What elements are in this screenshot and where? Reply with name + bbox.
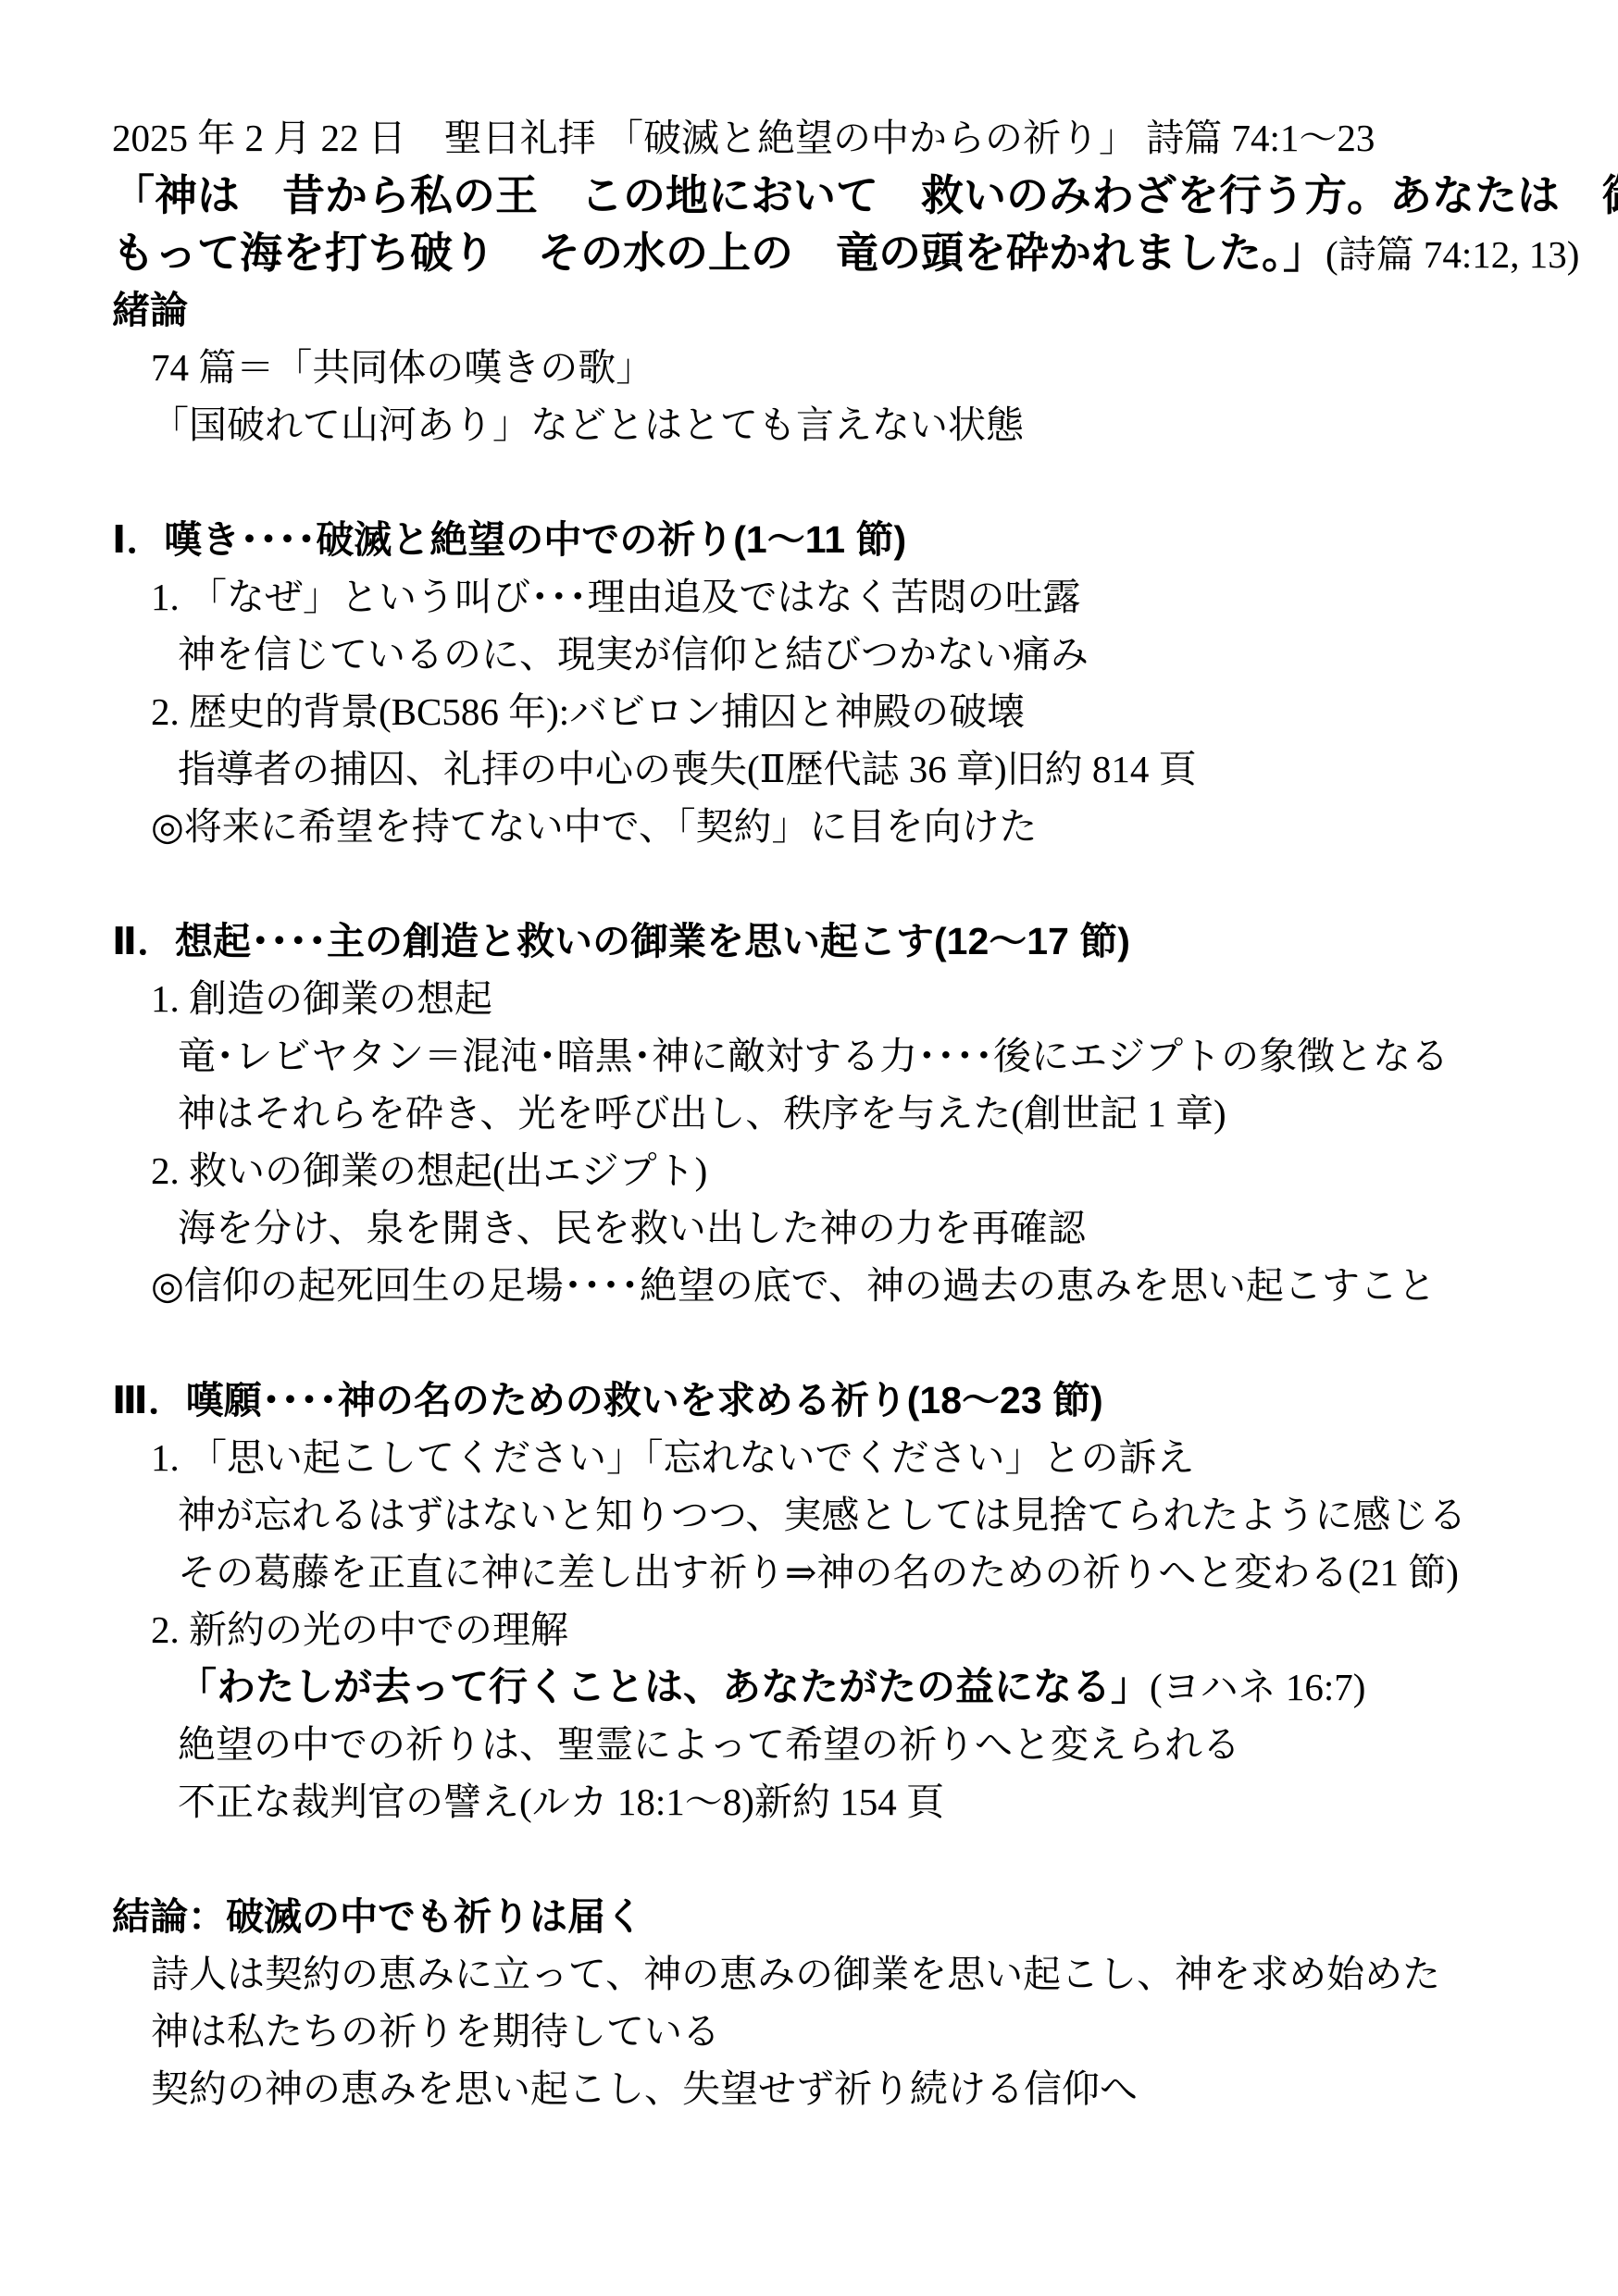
document-line: 絶望の中での祈りは、聖霊によって希望の祈りへと変えられる <box>0 1716 1618 1773</box>
text-segment: ◎信仰の起死回生の足場････絶望の底で、神の過去の恵みを思い起こすこと <box>151 1264 1436 1307</box>
document-line: 詩人は契約の恵みに立って、神の恵みの御業を思い起こし、神を求め始めた <box>0 1945 1618 2003</box>
document-line: 2. 新約の光の中での理解 <box>0 1601 1618 1658</box>
blank-line <box>0 1831 1618 1888</box>
document-body: 2025 年 2 月 22 日 聖日礼拝 「破滅と絶望の中からの祈り」 詩篇 7… <box>0 109 1618 2117</box>
document-line: 「わたしが去って行くことは、あなたがたの益になる」(ヨハネ 16:7) <box>0 1658 1618 1716</box>
text-segment: 緒論 <box>112 289 188 331</box>
text-segment: 「わたしが去って行くことは、あなたがたの益になる」 <box>178 1665 1150 1708</box>
text-segment: 1. 「思い起こしてください」「忘れないでください」との訴え <box>151 1436 1195 1479</box>
document-line: Ⅰ．嘆き････破滅と絶望の中での祈り(1～11 節) <box>0 511 1618 568</box>
blank-line <box>0 855 1618 912</box>
text-segment: Ⅰ．嘆き････破滅と絶望の中での祈り(1～11 節) <box>112 518 906 561</box>
text-segment: 指導者の捕囚、礼拝の中心の喪失(Ⅱ歴代誌 36 章)旧約 814 頁 <box>178 748 1197 790</box>
text-segment: 74 篇＝「共同体の嘆きの歌」 <box>151 346 653 389</box>
document-line: 不正な裁判官の譬え(ルカ 18:1～8)新約 154 頁 <box>0 1773 1618 1831</box>
text-segment: 神を信じているのに、現実が信仰と結びつかない痛み <box>178 633 1089 676</box>
document-line: 74 篇＝「共同体の嘆きの歌」 <box>0 339 1618 396</box>
document-line: ◎将来に希望を持てない中で、「契約」に目を向けた <box>0 798 1618 855</box>
document-line: 結論：破滅の中でも祈りは届く <box>0 1888 1618 1945</box>
text-segment: その葛藤を正直に神に差し出す祈り⇒神の名のための祈りへと変わる(21 節) <box>178 1551 1459 1594</box>
text-segment: Ⅱ．想起････主の創造と救いの御業を思い起こす(12～17 節) <box>112 920 1130 962</box>
text-segment: 契約の神の恵みを思い起こし、失望せず祈り続ける信仰へ <box>151 2067 1138 2110</box>
document-line: 神が忘れるはずはないと知りつつ、実感としては見捨てられたように感じる <box>0 1486 1618 1544</box>
text-segment: 「国破れて山河あり」などとはとても言えない状態 <box>151 403 1024 446</box>
document-line: 神はそれらを砕き、光を呼び出し、秩序を与えた(創世記 1 章) <box>0 1085 1618 1142</box>
text-segment: 神は私たちの祈りを期待している <box>151 2010 720 2053</box>
document-line: 海を分け、泉を開き、民を救い出した神の力を再確認 <box>0 1199 1618 1257</box>
text-segment: 2. 新約の光の中での理解 <box>151 1608 568 1651</box>
text-segment: ◎将来に希望を持てない中で、「契約」に目を向けた <box>151 805 1037 848</box>
document-line: Ⅲ．嘆願････神の名のための救いを求める祈り(18～23 節) <box>0 1371 1618 1429</box>
document-line: 契約の神の恵みを思い起こし、失望せず祈り続ける信仰へ <box>0 2060 1618 2117</box>
document-line: 2. 救いの御業の想起(出エジプト) <box>0 1142 1618 1199</box>
document-line: ◎信仰の起死回生の足場････絶望の底で、神の過去の恵みを思い起こすこと <box>0 1257 1618 1314</box>
text-segment: 1. 「なぜ」という叫び･･･理由追及ではなく苦悶の吐露 <box>151 576 1081 618</box>
document-line: Ⅱ．想起････主の創造と救いの御業を思い起こす(12～17 節) <box>0 912 1618 970</box>
text-segment: 詩人は契約の恵みに立って、神の恵みの御業を思い起こし、神を求め始めた <box>151 1953 1440 1995</box>
document-line: もって海を打ち破り その水の上の 竜の頭を砕かれました。」(詩篇 74:12, … <box>0 224 1618 281</box>
document-line: 神は私たちの祈りを期待している <box>0 2003 1618 2060</box>
sermon-outline-page: 2025 年 2 月 22 日 聖日礼拝 「破滅と絶望の中からの祈り」 詩篇 7… <box>0 0 1618 2296</box>
text-segment: (ヨハネ 16:7) <box>1150 1666 1365 1708</box>
text-segment: もって海を打ち破り その水の上の 竜の頭を砕かれました。」 <box>112 229 1326 277</box>
blank-line <box>0 453 1618 511</box>
text-segment: 神が忘れるはずはないと知りつつ、実感としては見捨てられたように感じる <box>178 1494 1466 1536</box>
document-line: 緒論 <box>0 281 1618 339</box>
document-line: 1. 「なぜ」という叫び･･･理由追及ではなく苦悶の吐露 <box>0 568 1618 626</box>
text-segment: 2025 年 2 月 22 日 聖日礼拝 「破滅と絶望の中からの祈り」 詩篇 7… <box>112 117 1375 159</box>
text-segment: 結論：破滅の中でも祈りは届く <box>112 1895 643 1938</box>
text-segment: 竜･レビヤタン＝混沌･暗黒･神に敵対する力････後にエジプトの象徴となる <box>178 1035 1449 1077</box>
document-line: 2025 年 2 月 22 日 聖日礼拝 「破滅と絶望の中からの祈り」 詩篇 7… <box>0 109 1618 167</box>
text-segment: 2. 歴史的背景(BC586 年):バビロン捕囚と神殿の破壊 <box>151 690 1025 733</box>
text-segment: Ⅲ．嘆願････神の名のための救いを求める祈り(18～23 節) <box>112 1379 1103 1421</box>
document-line: 1. 創造の御業の想起 <box>0 970 1618 1027</box>
text-segment: 絶望の中での祈りは、聖霊によって希望の祈りへと変えられる <box>178 1723 1240 1766</box>
text-segment: 2. 救いの御業の想起(出エジプト) <box>151 1149 707 1192</box>
document-line: 指導者の捕囚、礼拝の中心の喪失(Ⅱ歴代誌 36 章)旧約 814 頁 <box>0 740 1618 798</box>
text-segment: (詩篇 74:12, 13) <box>1326 233 1579 276</box>
text-segment: 1. 創造の御業の想起 <box>151 977 492 1020</box>
document-line: その葛藤を正直に神に差し出す祈り⇒神の名のための祈りへと変わる(21 節) <box>0 1544 1618 1601</box>
text-segment: 海を分け、泉を開き、民を救い出した神の力を再確認 <box>178 1207 1086 1249</box>
text-segment: 「神は 昔から私の王 この地において 救いのみわざを行う方。あなたは 御力を <box>112 171 1618 219</box>
document-line: 1. 「思い起こしてください」「忘れないでください」との訴え <box>0 1429 1618 1486</box>
document-line: 「神は 昔から私の王 この地において 救いのみわざを行う方。あなたは 御力を <box>0 167 1618 224</box>
text-segment: 不正な裁判官の譬え(ルカ 18:1～8)新約 154 頁 <box>178 1781 944 1823</box>
document-line: 2. 歴史的背景(BC586 年):バビロン捕囚と神殿の破壊 <box>0 683 1618 740</box>
document-line: 竜･レビヤタン＝混沌･暗黒･神に敵対する力････後にエジプトの象徴となる <box>0 1027 1618 1085</box>
document-line: 神を信じているのに、現実が信仰と結びつかない痛み <box>0 626 1618 683</box>
blank-line <box>0 1314 1618 1371</box>
document-line: 「国破れて山河あり」などとはとても言えない状態 <box>0 396 1618 453</box>
text-segment: 神はそれらを砕き、光を呼び出し、秩序を与えた(創世記 1 章) <box>178 1092 1226 1135</box>
